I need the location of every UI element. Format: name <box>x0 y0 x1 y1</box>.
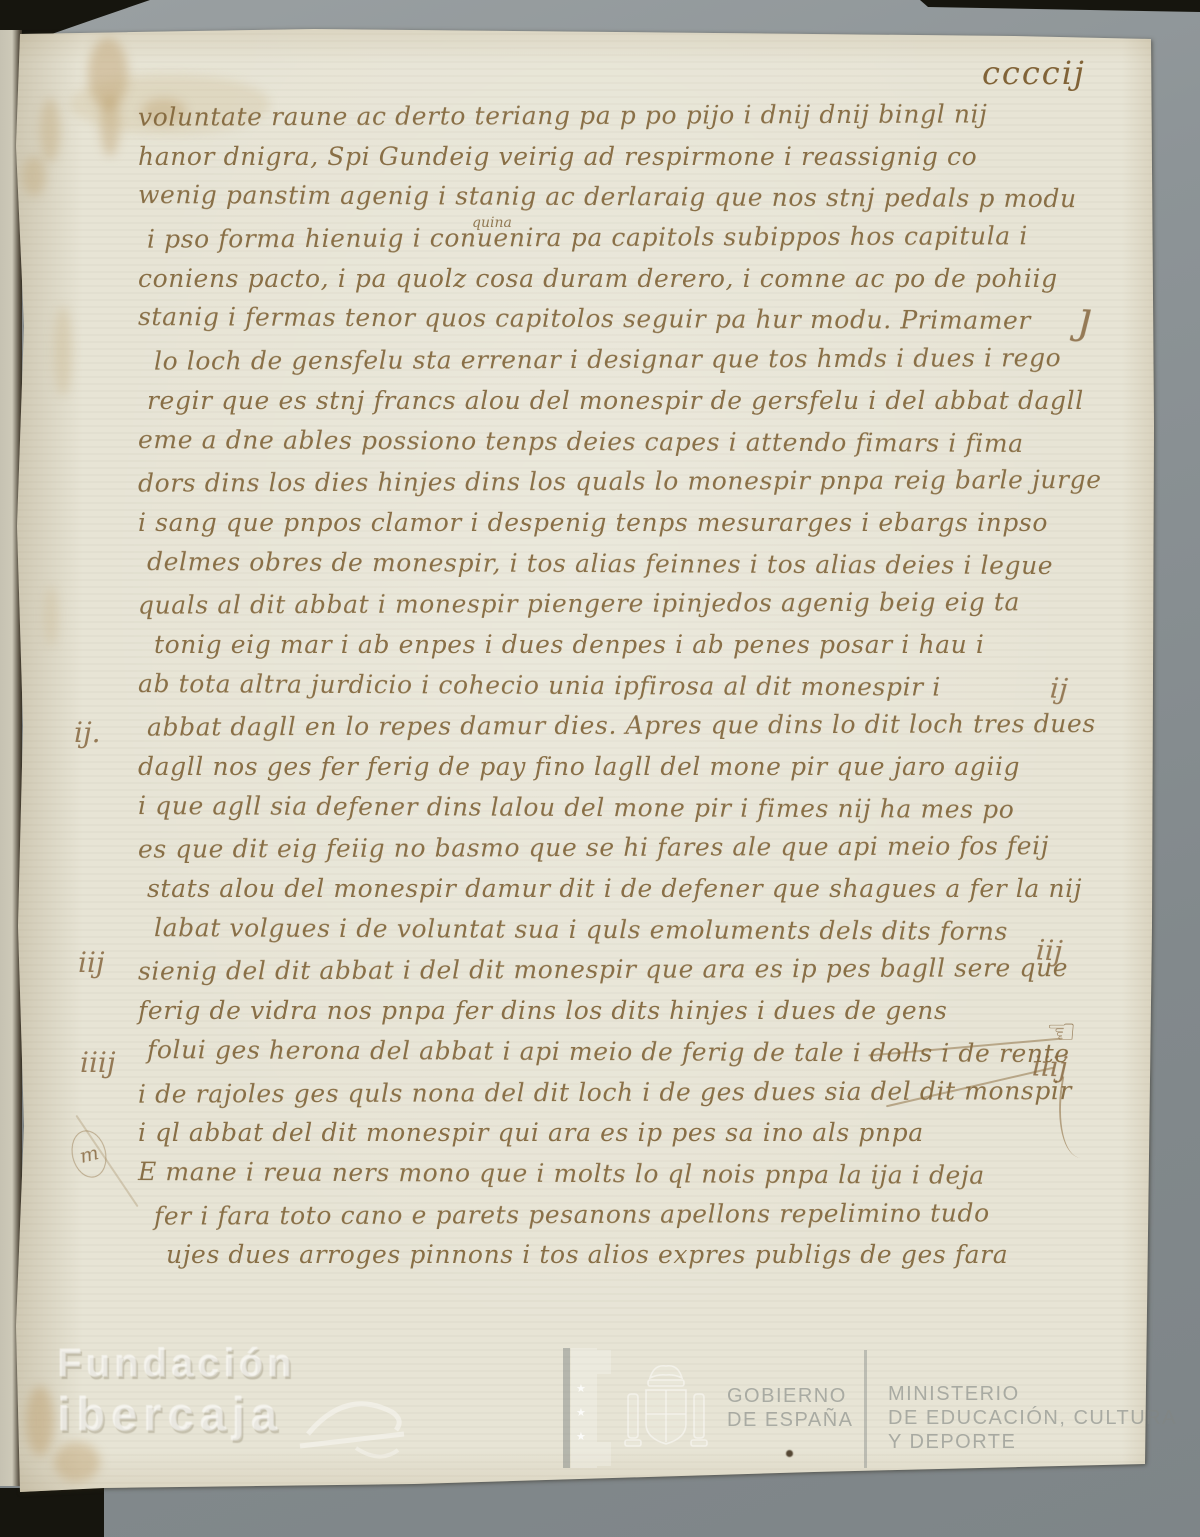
watermark-divider <box>864 1350 867 1468</box>
manuscript-line: voluntate raune ac derto teriang pa p po… <box>138 99 1023 143</box>
stain <box>54 1442 100 1482</box>
manuscript-line: E mane i reua ners mono que i molts lo q… <box>138 1157 1023 1202</box>
watermark-gobierno: GOBIERNO DE ESPAÑA <box>727 1384 854 1432</box>
stain <box>44 586 58 646</box>
stain <box>26 1386 54 1456</box>
manuscript-line: regir que es stnj francs alou del monesp… <box>138 386 1023 427</box>
stain <box>22 156 46 196</box>
spain-coat-of-arms-icon <box>620 1358 712 1458</box>
flag-tab <box>597 1442 611 1466</box>
manuscript-line: i de rajoles ges quls nona del dit loch … <box>138 1076 1023 1120</box>
manicule-icon: ☜ <box>1046 1012 1076 1052</box>
manuscript-line: labat volgues i de voluntat sua i quls e… <box>138 913 1023 958</box>
ink-dot <box>786 1450 793 1457</box>
margin-mark-right-iij: iij <box>1035 933 1063 967</box>
ibercaja-logo-icon <box>296 1386 411 1468</box>
gobierno-line: DE ESPAÑA <box>727 1408 854 1432</box>
manuscript-line: abbat dagll en lo repes damur dies. Apre… <box>138 710 1023 754</box>
manuscript-line: delmes obres de monespir, i tos alias fe… <box>138 547 1023 592</box>
manuscript-line: i sang que pnpos clamor i despenig tenps… <box>138 508 1023 549</box>
manuscript-line: stanig i fermas tenor quos capitolos seg… <box>138 303 1023 348</box>
manuscript-line: stats alou del monespir damur dit i de d… <box>138 874 1023 915</box>
margin-mark-left-ij: ij. <box>74 716 101 749</box>
watermark-ministerio: MINISTERIO DE EDUCACIÓN, CULTURA Y DEPOR… <box>888 1382 1188 1454</box>
manuscript-line: coniens pacto, i pa quolz cosa duram der… <box>138 264 1023 305</box>
manuscript-line: sienig del dit abbat i del dit monespir … <box>138 954 1023 998</box>
flag-bar <box>563 1348 570 1468</box>
manuscript-line: i pso forma hienuig i conuenira pa capit… <box>138 221 1023 265</box>
interlinear-addition: quina <box>472 215 512 231</box>
manuscript-line: lo loch de gensfelu sta errenar i design… <box>138 343 1023 387</box>
flag-tab <box>597 1350 611 1374</box>
manuscript-line: hanor dnigra, Spi Gundeig veirig ad resp… <box>138 142 1023 183</box>
gobierno-line: GOBIERNO <box>727 1384 854 1408</box>
book-cover-bottom-left <box>0 1488 104 1537</box>
star-icon: ★ <box>576 1382 586 1395</box>
manuscript-line: es que dit eig feiig no basmo que se hi … <box>138 832 1023 876</box>
manuscript-line: dagll nos ges fer ferig de pay fino lagl… <box>138 752 1023 793</box>
manuscript-line: ujes dues arroges pinnons i tos alios ex… <box>138 1240 1023 1281</box>
watermark-fundacion-ibercaja: Fundación ibercaja <box>58 1344 296 1438</box>
manuscript-scan: ccccij voluntate raune ac derto teriang … <box>0 0 1200 1537</box>
fundacion-text: Fundación <box>58 1344 296 1384</box>
manuscript-line: wenig panstim agenig i stanig ac derlara… <box>138 180 1023 225</box>
stain <box>40 98 60 162</box>
manuscript-line: fer i fara toto cano e parets pesanons a… <box>138 1198 1023 1242</box>
manuscript-line: ferig de vidra nos pnpa fer dins los dit… <box>138 996 1023 1037</box>
star-icon: ★ <box>576 1406 586 1419</box>
margin-mark-left-iiij: iiij <box>80 1046 116 1079</box>
ministerio-line: MINISTERIO <box>888 1382 1188 1406</box>
ibercaja-text: ibercaja <box>58 1391 296 1438</box>
margin-mark-right-j: ȷ <box>1077 292 1093 344</box>
manuscript-line: tonig eig mar i ab enpes i dues denpes i… <box>138 630 1023 671</box>
stain <box>54 306 72 396</box>
margin-mark-right-ij: ij <box>1049 671 1069 705</box>
manuscript-line: dors dins los dies hinjes dins los quals… <box>138 465 1023 509</box>
manuscript-line: ab tota altra jurdicio i cohecio unia ip… <box>138 669 1023 714</box>
margin-mark-left-iij: iij <box>78 946 105 979</box>
ministerio-line: Y DEPORTE <box>888 1430 1188 1454</box>
book-cover-top-right <box>920 0 1200 14</box>
manuscript-line: i que agll sia defener dins lalou del mo… <box>138 791 1023 836</box>
manuscript-line: quals al dit abbat i monespir piengere i… <box>138 588 1023 632</box>
eu-flag-fragment: ★ ★ ★ <box>563 1348 609 1468</box>
star-icon: ★ <box>576 1430 586 1443</box>
ministerio-line: DE EDUCACIÓN, CULTURA <box>888 1406 1188 1430</box>
manuscript-line: i ql abbat del dit monespir qui ara es i… <box>138 1118 1023 1159</box>
manuscript-line: folui ges herona del abbat i api meio de… <box>138 1035 1023 1080</box>
manuscript-line: eme a dne ables possiono tenps deies cap… <box>138 425 1023 470</box>
folio-number: ccccij <box>982 54 1086 92</box>
